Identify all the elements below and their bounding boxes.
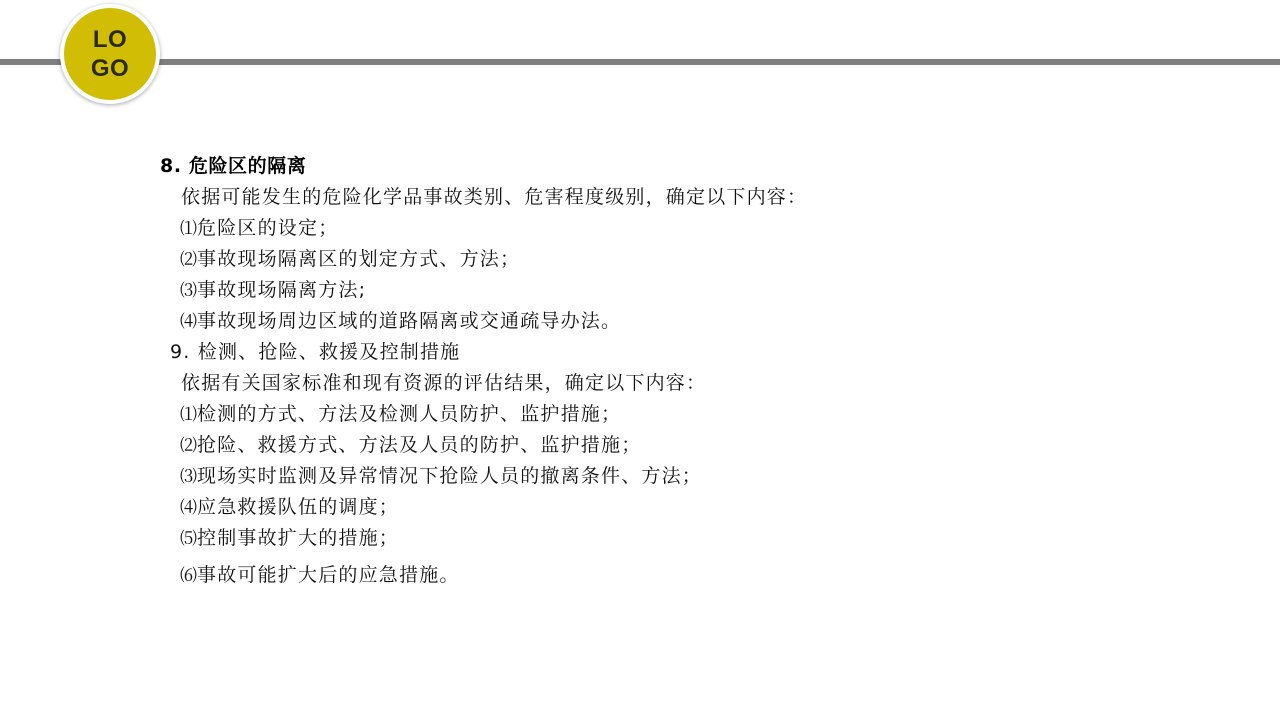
list-marker: ⑷ xyxy=(180,312,197,331)
list-marker: ⑹ xyxy=(180,566,197,585)
section-9-item-3: ⑶现场实时监测及异常情况下抢险人员的撤离条件、方法； xyxy=(180,464,702,489)
slide: LO GO 8. 危险区的隔离 依据可能发生的危险化学品事故类别、危害程度级别，… xyxy=(0,0,1280,720)
list-item-text: 抢险、救援方式、方法及人员的防护、监护措施； xyxy=(197,434,641,456)
list-item-text: 检测的方式、方法及检测人员防护、监护措施； xyxy=(197,403,621,425)
section-9-item-6: ⑹事故可能扩大后的应急措施。 xyxy=(180,563,460,588)
list-item-text: 事故现场隔离区的划定方式、方法； xyxy=(197,248,520,270)
section-9-intro: 依据有关国家标准和现有资源的评估结果，确定以下内容： xyxy=(181,371,706,395)
list-marker: ⑶ xyxy=(180,281,197,300)
section-8-heading: 8. 危险区的隔离 xyxy=(160,154,306,178)
section-9-item-1: ⑴检测的方式、方法及检测人员防护、监护措施； xyxy=(180,402,621,427)
list-item-text: 控制事故扩大的措施； xyxy=(197,527,399,549)
section-9-heading: 9. 检测、抢险、救援及控制措施 xyxy=(170,340,460,364)
section-8-item-3: ⑶事故现场隔离方法; xyxy=(180,278,366,303)
section-8-intro: 依据可能发生的危险化学品事故类别、危害程度级别，确定以下内容： xyxy=(181,185,807,209)
list-item-text: 事故现场周边区域的道路隔离或交通疏导办法。 xyxy=(197,310,621,332)
section-9-item-2: ⑵抢险、救援方式、方法及人员的防护、监护措施； xyxy=(180,433,641,458)
list-item-text: 事故可能扩大后的应急措施。 xyxy=(197,564,460,586)
section-8-item-1: ⑴危险区的设定； xyxy=(180,216,338,241)
list-marker: ⑶ xyxy=(180,467,197,486)
list-marker: ⑵ xyxy=(180,436,197,455)
list-marker: ⑴ xyxy=(180,219,197,238)
list-item-text: 危险区的设定； xyxy=(197,217,338,239)
section-9-item-4: ⑷应急救援队伍的调度； xyxy=(180,495,399,520)
list-item-text: 事故现场隔离方法; xyxy=(197,279,366,301)
list-marker: ⑵ xyxy=(180,250,197,269)
list-item-text: 应急救援队伍的调度； xyxy=(197,496,399,518)
list-marker: ⑴ xyxy=(180,405,197,424)
section-9-item-5: ⑸控制事故扩大的措施； xyxy=(180,526,399,551)
list-item-text: 现场实时监测及异常情况下抢险人员的撤离条件、方法； xyxy=(197,465,702,487)
section-8-item-4: ⑷事故现场周边区域的道路隔离或交通疏导办法。 xyxy=(180,309,621,334)
list-marker: ⑷ xyxy=(180,498,197,517)
slide-body: 8. 危险区的隔离 依据可能发生的危险化学品事故类别、危害程度级别，确定以下内容… xyxy=(0,0,1280,720)
list-marker: ⑸ xyxy=(180,529,197,548)
section-8-item-2: ⑵事故现场隔离区的划定方式、方法； xyxy=(180,247,520,272)
